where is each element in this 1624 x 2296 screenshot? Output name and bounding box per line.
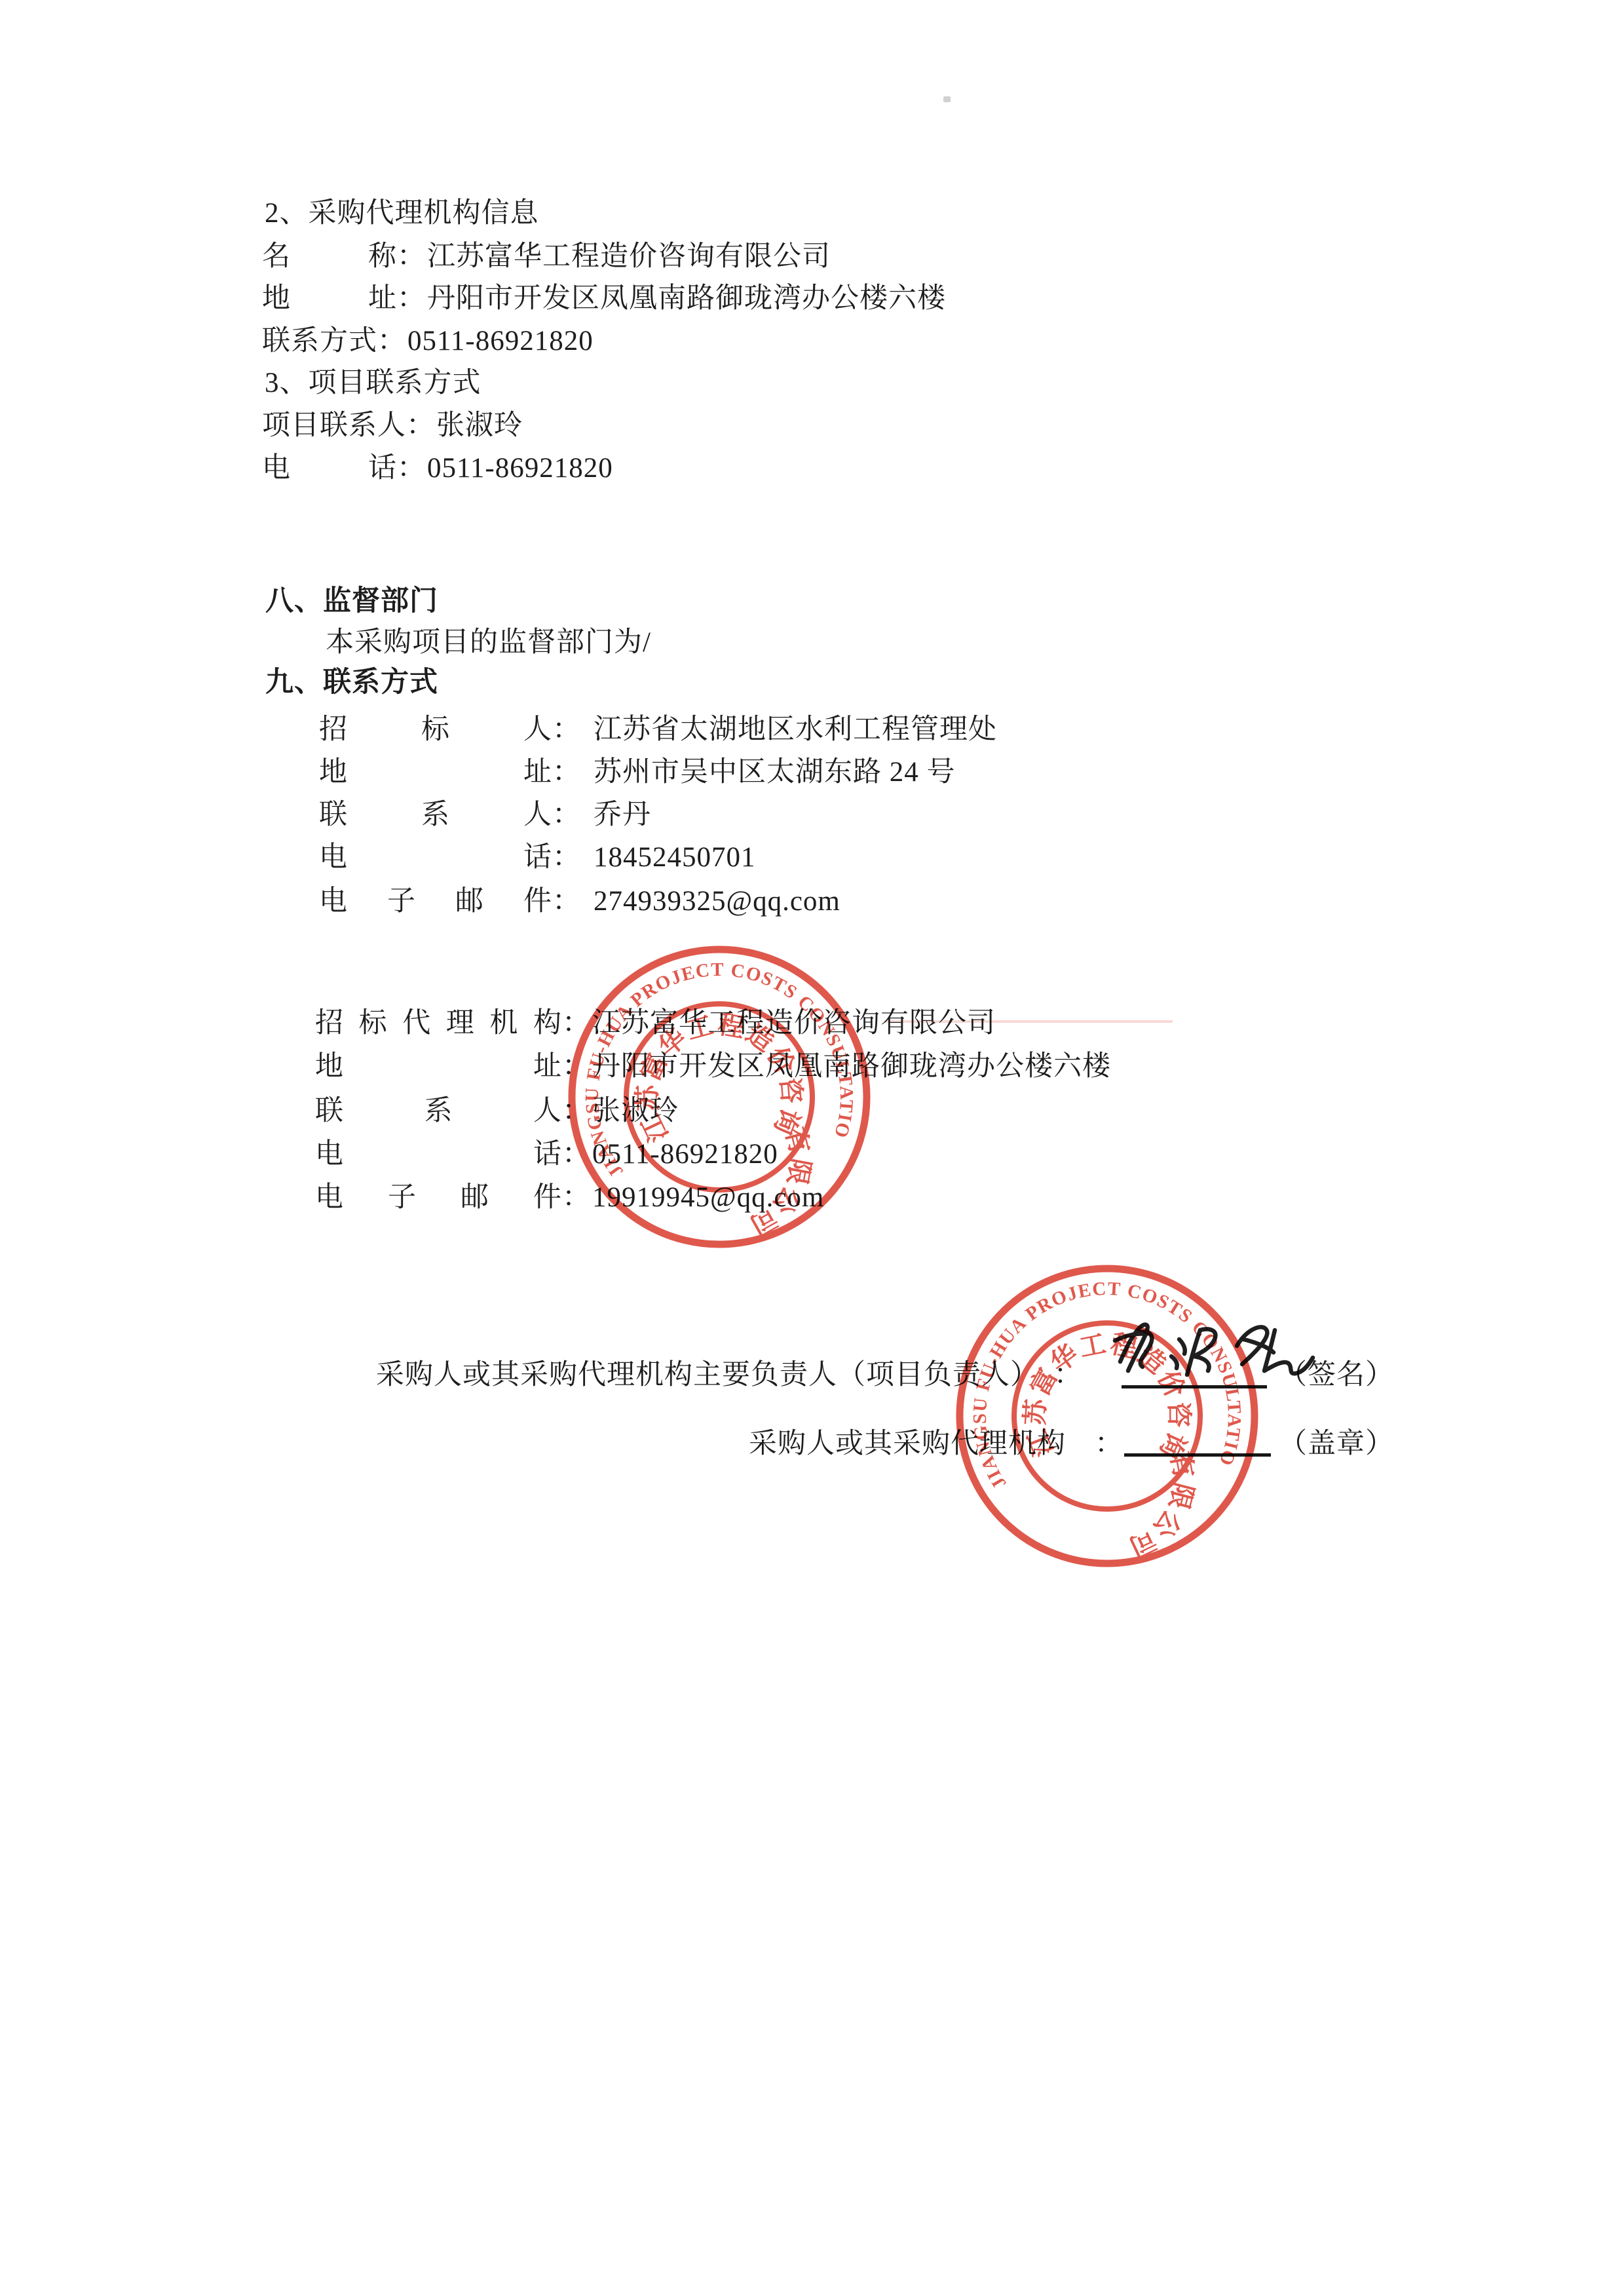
section9-heading: 九、联系方式 <box>265 666 438 700</box>
agency-contact-row: 联系方式：0511-86921820 <box>262 324 594 358</box>
company-seal-stamp: JIANGSU FU-HUA PROJECT COSTS CONSULTATIO… <box>943 1252 1272 1580</box>
scan-artifact-dot <box>943 96 951 102</box>
colon: ： <box>397 241 426 272</box>
tenderee-label: 招标人 <box>319 713 552 747</box>
bid-agency-email-label: 电子邮件 <box>315 1181 562 1215</box>
project-contact-row: 项目联系人：张淑玲 <box>262 409 523 443</box>
tenderee-tel-label: 电话 <box>319 841 552 875</box>
colon: ： <box>377 326 406 356</box>
agency-name-value: 江苏富华工程造价咨询有限公司 <box>427 241 831 272</box>
project-tel-value: 0511-86921820 <box>427 453 613 484</box>
colon: ： <box>397 283 426 314</box>
tenderee-address-row: 地址：苏州市吴中区太湖东路 24 号 <box>319 756 956 790</box>
tenderee-contact-value: 乔丹 <box>594 799 651 830</box>
bid-agency-address-label: 地址 <box>315 1050 562 1084</box>
colon: ： <box>397 453 426 484</box>
tenderee-address-label: 地址 <box>319 756 552 790</box>
project-tel-row: 电话：0511-86921820 <box>262 451 613 486</box>
signature-handwriting <box>1108 1311 1331 1399</box>
project-tel-label: 电话 <box>262 451 397 486</box>
tenderee-email-row: 电子邮件：274939325@qq.com <box>319 885 840 919</box>
agency-name-row: 名称：江苏富华工程造价咨询有限公司 <box>262 240 831 274</box>
agency-address-row: 地址：丹阳市开发区凤凰南路御珑湾办公楼六楼 <box>262 282 946 316</box>
tenderee-email-label: 电子邮件 <box>319 885 552 919</box>
tenderee-email-value: 274939325@qq.com <box>594 886 840 917</box>
tenderee-address-value: 苏州市吴中区太湖东路 24 号 <box>594 757 956 788</box>
agency-contact-label: 联系方式 <box>262 326 377 356</box>
tenderee-row: 招标人：江苏省太湖地区水利工程管理处 <box>319 713 997 747</box>
tenderee-tel-value: 18452450701 <box>594 842 756 873</box>
bid-agency-contact-label: 联系人 <box>315 1094 562 1128</box>
agency-address-value: 丹阳市开发区凤凰南路御珑湾办公楼六楼 <box>427 283 946 314</box>
seal-outer-ring <box>553 930 886 1263</box>
company-seal-stamp: JIANGSU FU-HUA PROJECT COSTS CONSULTATIO… <box>546 923 894 1271</box>
section8-body: 本采购项目的监督部门为/ <box>326 626 651 660</box>
tenderee-contact-label: 联系人 <box>319 798 552 832</box>
tenderee-contact-row: 联系人：乔丹 <box>319 798 651 832</box>
bid-agency-tel-label: 电话 <box>315 1138 562 1172</box>
colon: ： <box>552 714 581 745</box>
agency-name-label: 名称 <box>262 240 397 274</box>
tenderee-tel-row: 电话：18452450701 <box>319 841 756 875</box>
seal-outer-ring <box>950 1259 1264 1573</box>
agency-address-label: 地址 <box>262 282 397 316</box>
tenderee-value: 江苏省太湖地区水利工程管理处 <box>594 714 997 745</box>
seal-caption: （盖章） <box>1279 1427 1394 1461</box>
section2-heading: 2、采购代理机构信息 <box>265 197 539 231</box>
colon: ： <box>406 410 435 441</box>
document-page: 2、采购代理机构信息 名称：江苏富华工程造价咨询有限公司 地址：丹阳市开发区凤凰… <box>0 0 1624 2296</box>
section3-heading: 3、项目联系方式 <box>265 366 482 400</box>
section8-heading: 八、监督部门 <box>265 584 438 619</box>
bid-agency-label: 招标代理机构 <box>315 1006 562 1041</box>
project-contact-label: 项目联系人 <box>262 410 406 441</box>
project-contact-value: 张淑玲 <box>436 410 523 441</box>
colon: ： <box>552 842 581 873</box>
seal-english-text: JIANGSU FU-HUA PROJECT COSTS CONSULTATIO… <box>546 923 865 1187</box>
colon: ： <box>552 757 581 788</box>
agency-contact-value: 0511-86921820 <box>407 326 594 356</box>
colon: ： <box>552 886 581 917</box>
colon: ： <box>552 799 581 830</box>
